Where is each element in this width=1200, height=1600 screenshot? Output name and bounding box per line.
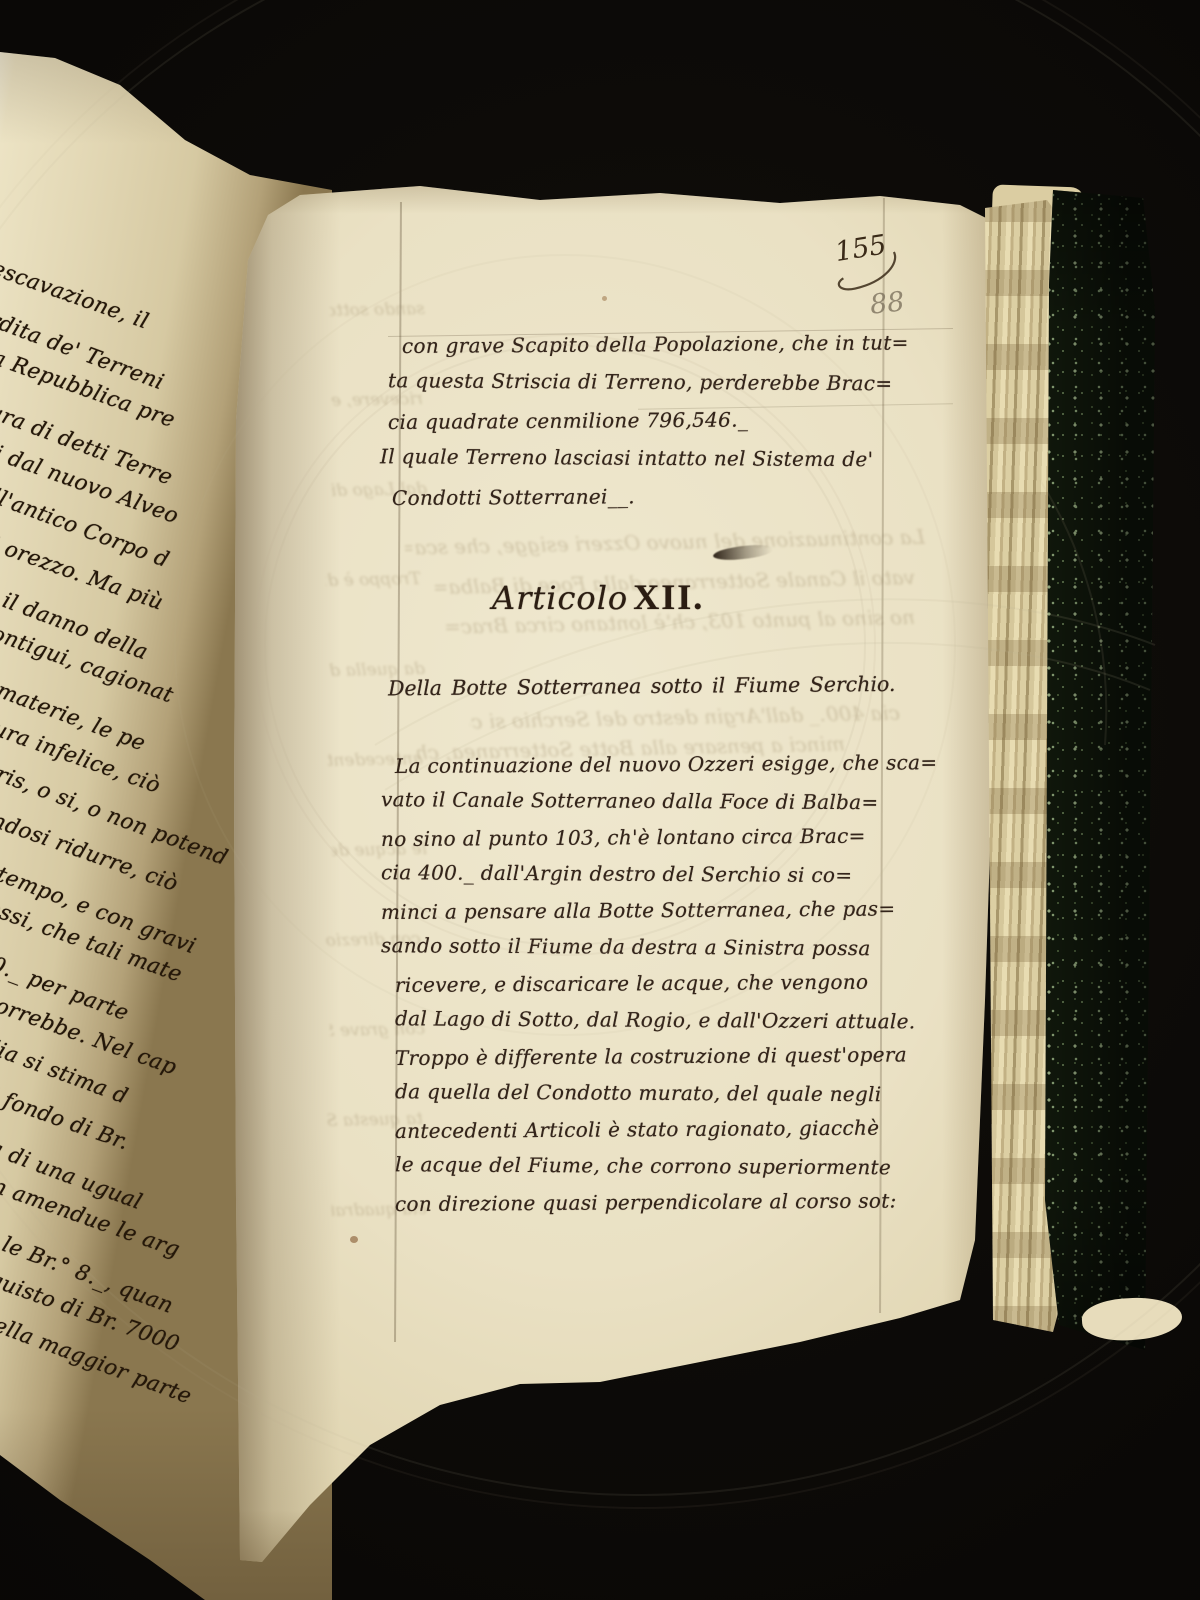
manuscript-line: Condotti Sotterranei__. <box>392 482 962 524</box>
manuscript-line: antecedenti Articoli è stato ragionato, … <box>395 1115 970 1156</box>
manuscript-line: vato il Canale Sotterraneo dalla Foce di… <box>381 787 970 827</box>
paragraph-terreno: con grave Scapito della Popolazione, che… <box>402 332 962 522</box>
manuscript-line: Troppo è differente la costruzione di qu… <box>395 1042 970 1083</box>
manuscript-line: cia 400._ dall'Argin destro del Serchio … <box>381 860 970 900</box>
manuscript-line: ricevere, e discaricare le acque, che ve… <box>395 969 970 1010</box>
manuscript-line: ta questa Striscia di Terreno, perderebb… <box>388 368 962 410</box>
paragraph-botte-sotterranea: La continuazione del nuovo Ozzeri esigge… <box>395 752 970 1227</box>
page-number-pencil: 88 <box>868 286 905 320</box>
foxing-spot <box>602 296 607 301</box>
article-heading-word: Articolo <box>492 579 628 617</box>
manuscript-line: le acque del Fiume, che corrono superior… <box>395 1152 970 1192</box>
bleed-through-line: La continuazione del nuovo Ozzeri esigge… <box>405 525 926 566</box>
manuscript-line: con direzione quasi perpendicolare al co… <box>395 1188 970 1229</box>
bleed-through-line: Troppo è differente la costruzione di qu… <box>326 569 422 601</box>
manuscript-line: La continuazione del nuovo Ozzeri esigge… <box>395 750 970 791</box>
manuscript-line: minci a pensare alla Botte Sotterranea, … <box>381 896 970 937</box>
manuscript-line: dal Lago di Sotto, dal Rogio, e dall'Ozz… <box>395 1006 970 1046</box>
manuscript-photograph: tale escavazione, illla perdita de' Terr… <box>0 0 1200 1600</box>
manuscript-line: sando sotto il Fiume da destra a Sinistr… <box>381 933 970 973</box>
manuscript-line: no sino al punto 103, ch'è lontano circa… <box>381 823 970 864</box>
manuscript-line: Il quale Terreno lasciasi intatto nel Si… <box>380 444 962 486</box>
article-subheading: Della Botte Sotterranea sotto il Fiume S… <box>388 672 928 701</box>
article-heading-numeral: XII. <box>633 577 704 617</box>
right-page: La continuazione del nuovo Ozzeri esigge… <box>230 180 1022 1580</box>
marbled-cover <box>1045 190 1155 1350</box>
article-heading: Articolo XII. <box>492 576 752 630</box>
manuscript-line: da quella del Condotto murato, del quale… <box>395 1079 970 1119</box>
page-number-ink: 155 <box>833 223 931 296</box>
foxing-spot <box>350 1236 358 1243</box>
bleed-through-line: sando sotto il Fiume da destra a Sinistr… <box>330 299 426 331</box>
manuscript-line: cia quadrate cenmilione 796,546._ <box>388 406 962 448</box>
manuscript-line: con grave Scapito della Popolazione, che… <box>402 330 962 372</box>
